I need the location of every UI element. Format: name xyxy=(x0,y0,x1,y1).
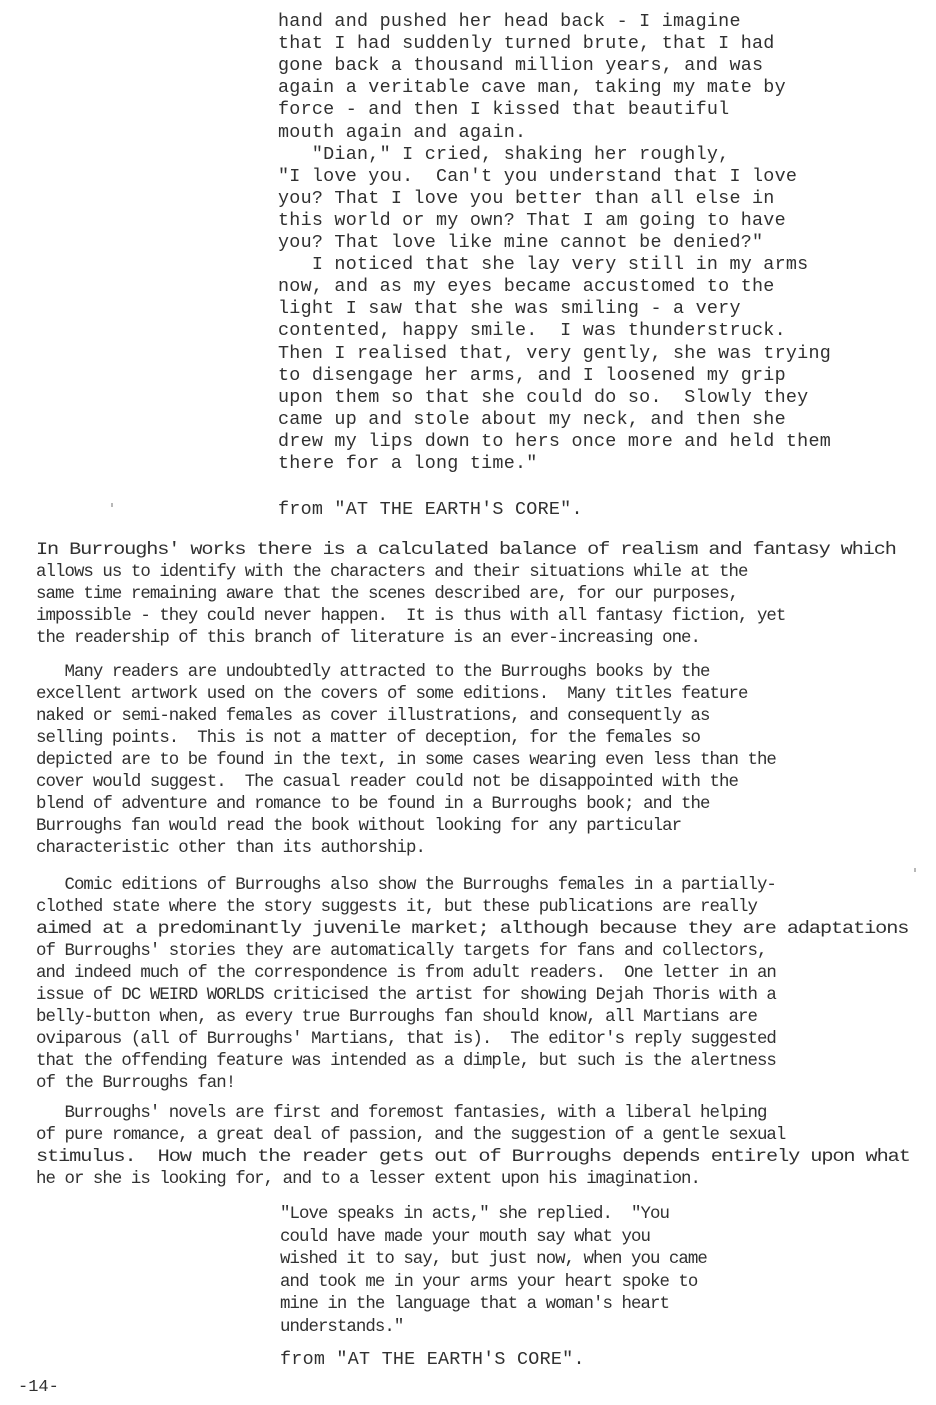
paragraph-line: naked or semi-naked females as cover ill… xyxy=(36,707,710,726)
paragraph-line: allows us to identify with the character… xyxy=(36,563,747,582)
quotation-line: you? That love like mine cannot be denie… xyxy=(278,232,763,253)
quotation-line: and took me in your arms your heart spok… xyxy=(280,1273,697,1292)
quotation-line: force - and then I kissed that beautiful xyxy=(278,99,729,120)
paragraph-line: same time remaining aware that the scene… xyxy=(36,585,738,604)
quotation-line: could have made your mouth say what you xyxy=(280,1228,650,1247)
quotation-line: hand and pushed her head back - I imagin… xyxy=(278,11,741,32)
page-number: -14- xyxy=(18,1378,59,1397)
quotation-line: gone back a thousand million years, and … xyxy=(278,55,763,76)
paragraph-line: selling points. This is not a matter of … xyxy=(36,729,700,748)
paragraph-line: and indeed much of the correspondence is… xyxy=(36,964,776,983)
paragraph-line: stimulus. How much the reader gets out o… xyxy=(36,1148,910,1167)
quotation-line: wished it to say, but just now, when you… xyxy=(280,1250,707,1269)
paragraph-line: that the offending feature was intended … xyxy=(36,1052,776,1071)
quotation-line: contented, happy smile. I was thunderstr… xyxy=(278,320,786,341)
quotation-line: now, and as my eyes became accustomed to… xyxy=(278,276,775,297)
quotation-line: there for a long time." xyxy=(278,453,538,474)
quotation-line: Then I realised that, very gently, she w… xyxy=(278,343,831,364)
scan-speck xyxy=(111,503,113,507)
quotation-source-bottom: from "AT THE EARTH'S CORE". xyxy=(280,1349,585,1370)
quotation-line: light I saw that she was smiling - a ver… xyxy=(278,298,741,319)
paragraph-line: In Burroughs' works there is a calculate… xyxy=(36,541,896,560)
quotation-line: this world or my own? That I am going to… xyxy=(278,210,786,231)
quotation-line: mine in the language that a woman's hear… xyxy=(280,1295,669,1314)
quotation-line: again a veritable cave man, taking my ma… xyxy=(278,77,786,98)
quotation-source-top: from "AT THE EARTH'S CORE". xyxy=(278,499,583,520)
quotation-line: upon them so that she could do so. Slowl… xyxy=(278,387,808,408)
scan-speck xyxy=(914,868,916,872)
paragraph-line: excellent artwork used on the covers of … xyxy=(36,685,747,704)
quotation-line: "I love you. Can't you understand that I… xyxy=(278,166,797,187)
quotation-line: to disengage her arms, and I loosened my… xyxy=(278,365,786,386)
paragraph-line: issue of DC WEIRD WORLDS criticised the … xyxy=(36,986,776,1005)
quotation-line: "Love speaks in acts," she replied. "You xyxy=(280,1205,669,1224)
paragraph-line: he or she is looking for, and to a lesse… xyxy=(36,1170,700,1189)
paragraph-line: depicted are to be found in the text, in… xyxy=(36,751,776,770)
quotation-line: drew my lips down to hers once more and … xyxy=(278,431,831,452)
paragraph-line: clothed state where the story suggests i… xyxy=(36,898,757,917)
paragraph-line: belly-button when, as every true Burroug… xyxy=(36,1008,757,1027)
quotation-line: that I had suddenly turned brute, that I… xyxy=(278,33,775,54)
paragraph-line: characteristic other than its authorship… xyxy=(36,839,425,858)
paragraph-line: Burroughs fan would read the book withou… xyxy=(36,817,681,836)
paragraph-line: of Burroughs' stories they are automatic… xyxy=(36,942,766,961)
quotation-line: "Dian," I cried, shaking her roughly, xyxy=(278,144,729,165)
paragraph-line: Comic editions of Burroughs also show th… xyxy=(36,876,776,895)
paragraph-line: of pure romance, a great deal of passion… xyxy=(36,1126,785,1145)
paragraph-line: aimed at a predominantly juvenile market… xyxy=(36,920,908,939)
paragraph-line: the readership of this branch of literat… xyxy=(36,629,700,648)
quotation-line: you? That I love you better than all els… xyxy=(278,188,775,209)
quotation-line: I noticed that she lay very still in my … xyxy=(278,254,808,275)
quotation-line: understands." xyxy=(280,1318,403,1337)
paragraph-line: Many readers are undoubtedly attracted t… xyxy=(36,663,710,682)
quotation-line: mouth again and again. xyxy=(278,122,526,143)
quotation-line: came up and stole about my neck, and the… xyxy=(278,409,786,430)
paragraph-line: cover would suggest. The casual reader c… xyxy=(36,773,738,792)
paragraph-line: oviparous (all of Burroughs' Martians, t… xyxy=(36,1030,776,1049)
paragraph-line: impossible - they could never happen. It… xyxy=(36,607,785,626)
paragraph-line: of the Burroughs fan! xyxy=(36,1074,235,1093)
paragraph-line: Burroughs' novels are first and foremost… xyxy=(36,1104,766,1123)
paragraph-line: blend of adventure and romance to be fou… xyxy=(36,795,710,814)
